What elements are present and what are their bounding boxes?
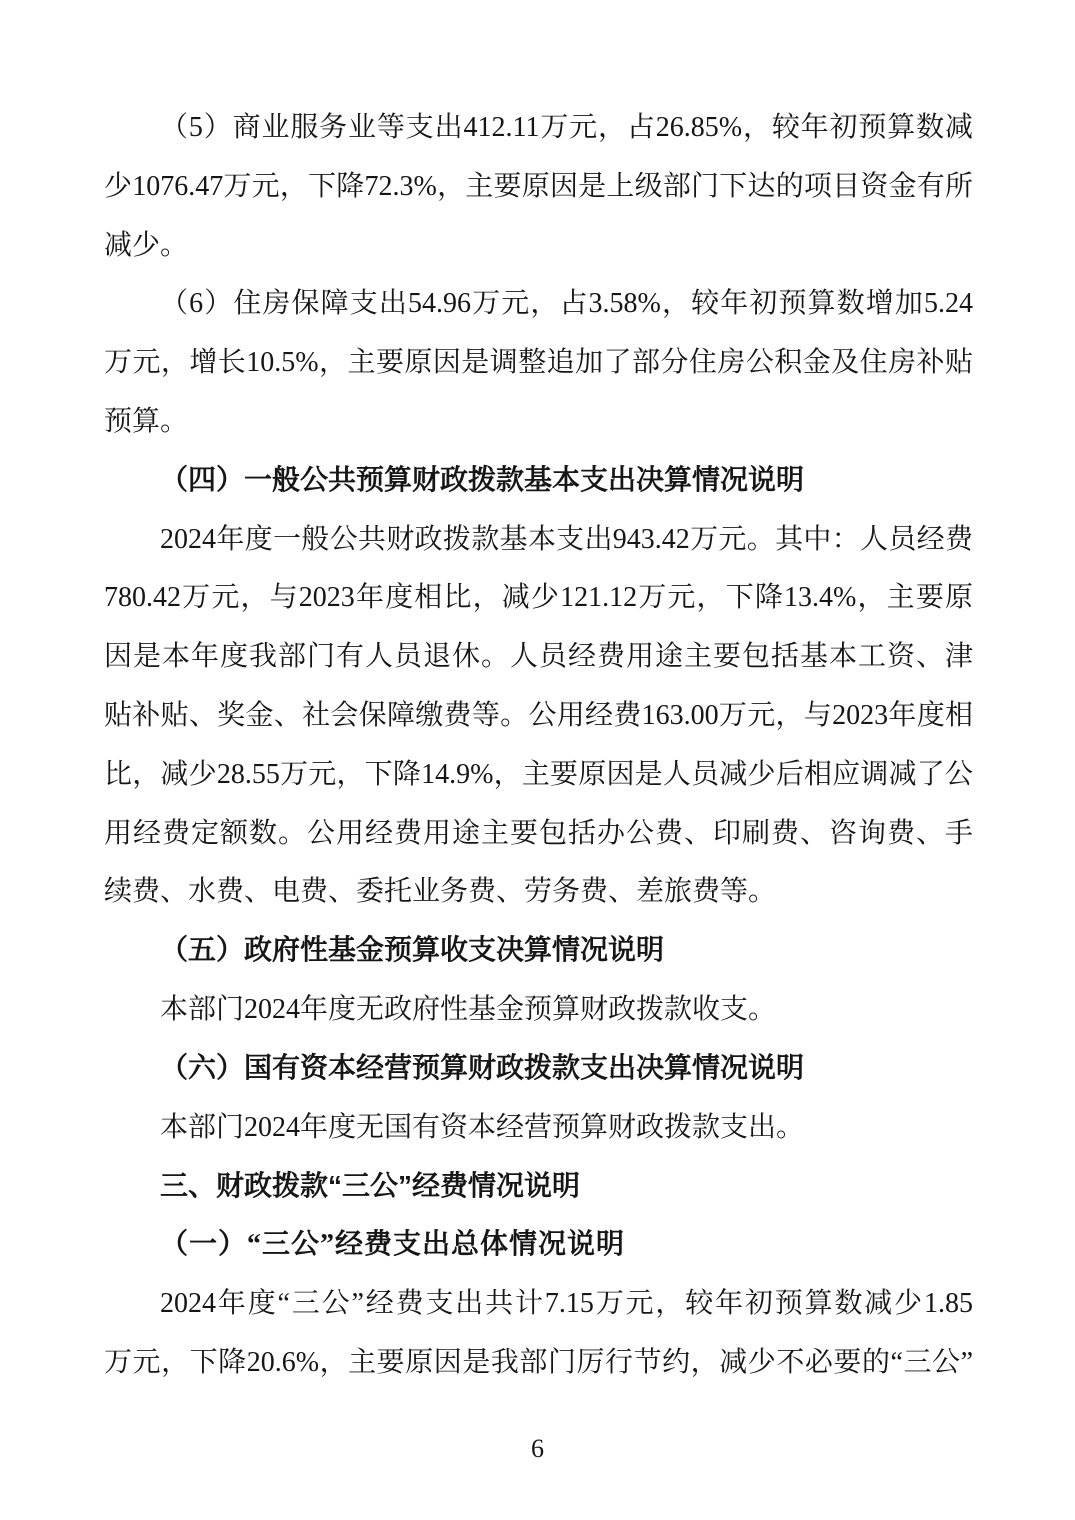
text-line: 贴补贴、奖金、社会保障缴费等。公用经费163.00万元，与2023年度相 [104,687,973,746]
text-line: 用经费定额数。公用经费用途主要包括办公费、印刷费、咨询费、手 [104,805,973,864]
text-line: 万元，增长10.5%，主要原因是调整追加了部分住房公积金及住房补贴 [104,334,973,393]
text-block: （5）商业服务业等支出412.11万元，占26.85%，较年初预算数减少1076… [104,99,973,1393]
text-line: 本部门2024年度无国有资本经营预算财政拨款支出。 [104,1099,973,1158]
text-line: 预算。 [104,393,973,452]
section-heading: （一）“三公”经费支出总体情况说明 [104,1216,973,1275]
section-heading: （四）一般公共预算财政拨款基本支出决算情况说明 [104,452,973,511]
text-line: 万元，下降20.6%，主要原因是我部门厉行节约，减少不必要的“三公” [104,1334,973,1393]
section-heading: （五）政府性基金预算收支决算情况说明 [104,922,973,981]
text-line: 减少。 [104,217,973,276]
text-line: 比，减少28.55万元，下降14.9%，主要原因是人员减少后相应调减了公 [104,746,973,805]
text-line: 续费、水费、电费、委托业务费、劳务费、差旅费等。 [104,863,973,922]
text-line: （5）商业服务业等支出412.11万元，占26.85%，较年初预算数减 [104,99,973,158]
text-line: 因是本年度我部门有人员退休。人员经费用途主要包括基本工资、津 [104,628,973,687]
page-number: 6 [0,1434,1075,1464]
text-line: 780.42万元，与2023年度相比，减少121.12万元，下降13.4%，主要… [104,569,973,628]
text-line: （6）住房保障支出54.96万元，占3.58%，较年初预算数增加5.24 [104,275,973,334]
document-page: （5）商业服务业等支出412.11万元，占26.85%，较年初预算数减少1076… [0,0,1075,1520]
text-line: 本部门2024年度无政府性基金预算财政拨款收支。 [104,981,973,1040]
text-line: 少1076.47万元，下降72.3%，主要原因是上级部门下达的项目资金有所 [104,158,973,217]
section-heading: 三、财政拨款“三公”经费情况说明 [104,1157,973,1216]
section-heading: （六）国有资本经营预算财政拨款支出决算情况说明 [104,1040,973,1099]
text-line: 2024年度一般公共财政拨款基本支出943.42万元。其中：人员经费 [104,511,973,570]
text-line: 2024年度“三公”经费支出共计7.15万元，较年初预算数减少1.85 [104,1275,973,1334]
